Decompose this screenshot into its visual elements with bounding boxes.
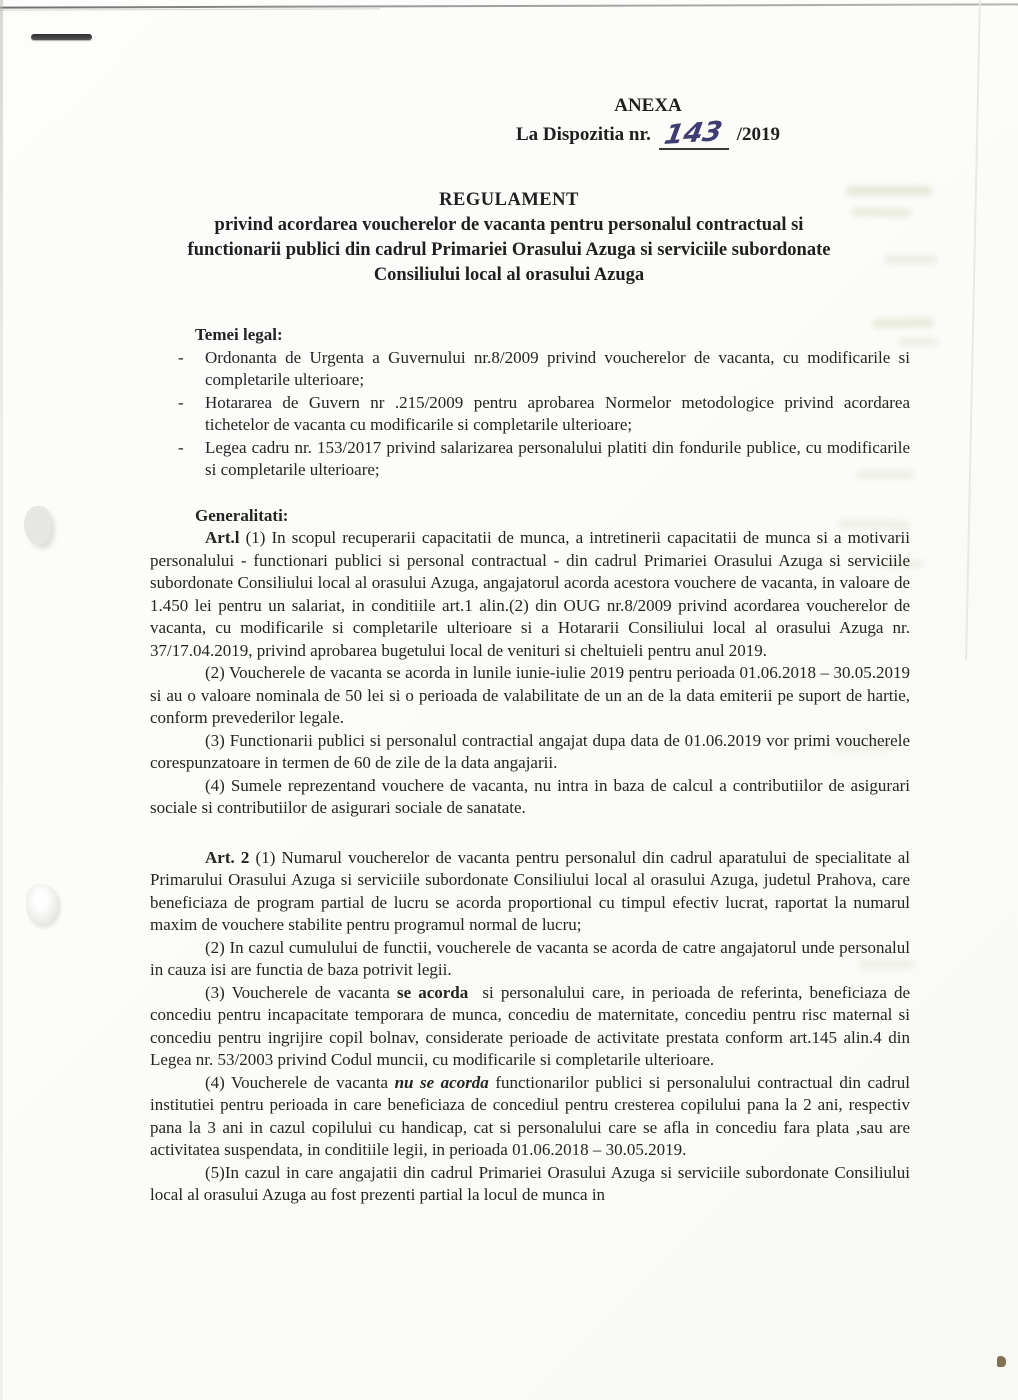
regulation-subtitle-line1: privind acordarea voucherelor de vacanta… bbox=[128, 213, 890, 238]
article-2-paragraph-1: Art. 2 (1) Numarul voucherelor de vacant… bbox=[150, 847, 910, 937]
article-1-label: Art.l bbox=[205, 528, 239, 547]
legal-basis-item-text: Ordonanta de Urgenta a Guvernului nr.8/2… bbox=[205, 348, 910, 390]
article-1-paragraph-1-text: (1) In scopul recuperarii capacitatii de… bbox=[150, 528, 910, 660]
list-item: - Legea cadru nr. 153/2017 privind salar… bbox=[150, 437, 910, 482]
scanner-edge-line bbox=[0, 3, 1018, 8]
article-1-paragraph-4: (4) Sumele reprezentand vouchere de vaca… bbox=[150, 775, 910, 820]
legal-basis-item-text: Legea cadru nr. 153/2017 privind salariz… bbox=[205, 438, 910, 480]
page-left-edge-shadow bbox=[0, 0, 3, 1400]
paper-crease-line bbox=[965, 0, 981, 660]
article-2-paragraph-5: (5)In cazul in care angajatii din cadrul… bbox=[150, 1162, 910, 1207]
ink-bleed-through bbox=[884, 255, 938, 264]
ink-speck bbox=[997, 1356, 1006, 1367]
scanner-edge-line-secondary bbox=[0, 8, 380, 10]
legal-basis-list: - Ordonanta de Urgenta a Guvernului nr.8… bbox=[150, 347, 910, 482]
article-2-paragraph-4-emphasis: nu se acorda bbox=[395, 1073, 489, 1092]
article-1-paragraph-2: (2) Voucherele de vacanta se acorda in l… bbox=[150, 662, 910, 730]
annex-block: ANEXA La Dispozitia nr. 143 /2019 bbox=[498, 94, 798, 150]
article-2-paragraph-3: (3) Voucherele de vacanta se acorda si p… bbox=[150, 982, 910, 1072]
disposition-year: /2019 bbox=[737, 124, 780, 145]
document-body: Temei legal: - Ordonanta de Urgenta a Gu… bbox=[150, 324, 910, 1207]
article-1-paragraph-3: (3) Functionarii publici si personalul c… bbox=[150, 730, 910, 775]
article-2-paragraph-3-prefix: (3) Voucherele de vacanta bbox=[205, 983, 390, 1002]
article-2-paragraph-3-emphasis: se acorda bbox=[397, 983, 468, 1002]
list-dash-marker: - bbox=[178, 347, 184, 370]
disposition-number-line: La Dispozitia nr. 143 /2019 bbox=[498, 123, 798, 150]
generalities-heading: Generalitati: bbox=[195, 505, 910, 528]
regulation-subtitle-line2: functionarii publici din cadrul Primarie… bbox=[128, 238, 890, 263]
legal-basis-heading: Temei legal: bbox=[195, 324, 910, 347]
list-dash-marker: - bbox=[178, 437, 184, 460]
disposition-prefix: La Dispozitia nr. bbox=[516, 124, 651, 145]
article-2-paragraph-2: (2) In cazul cumulului de functii, vouch… bbox=[150, 937, 910, 982]
list-item: - Hotararea de Guvern nr .215/2009 pentr… bbox=[150, 392, 910, 437]
hole-punch-shadow bbox=[24, 506, 51, 544]
handwritten-number-underline: 143 bbox=[659, 123, 729, 150]
article-2-paragraph-4-prefix: (4) Voucherele de vacanta bbox=[205, 1073, 388, 1092]
handwritten-disposition-number: 143 bbox=[662, 121, 723, 147]
regulation-title: REGULAMENT bbox=[128, 188, 890, 213]
article-1-paragraph-1: Art.l (1) In scopul recuperarii capacita… bbox=[150, 527, 910, 662]
staple-mark bbox=[31, 34, 92, 40]
regulation-subtitle-line3: Consiliului local al orasului Azuga bbox=[128, 263, 890, 288]
annex-title: ANEXA bbox=[498, 94, 798, 118]
article-2-paragraph-1-text: (1) Numarul voucherelor de vacanta pentr… bbox=[150, 848, 910, 935]
list-dash-marker: - bbox=[178, 392, 184, 415]
legal-basis-item-text: Hotararea de Guvern nr .215/2009 pentru … bbox=[205, 393, 910, 435]
article-2-label: Art. 2 bbox=[205, 848, 249, 867]
document-title-block: REGULAMENT privind acordarea voucherelor… bbox=[128, 188, 890, 288]
hole-punch-shadow bbox=[26, 884, 58, 924]
scanned-document-page: ANEXA La Dispozitia nr. 143 /2019 REGULA… bbox=[0, 0, 1018, 1400]
article-2-paragraph-4: (4) Voucherele de vacanta nu se acorda f… bbox=[150, 1072, 910, 1162]
list-item: - Ordonanta de Urgenta a Guvernului nr.8… bbox=[150, 347, 910, 392]
